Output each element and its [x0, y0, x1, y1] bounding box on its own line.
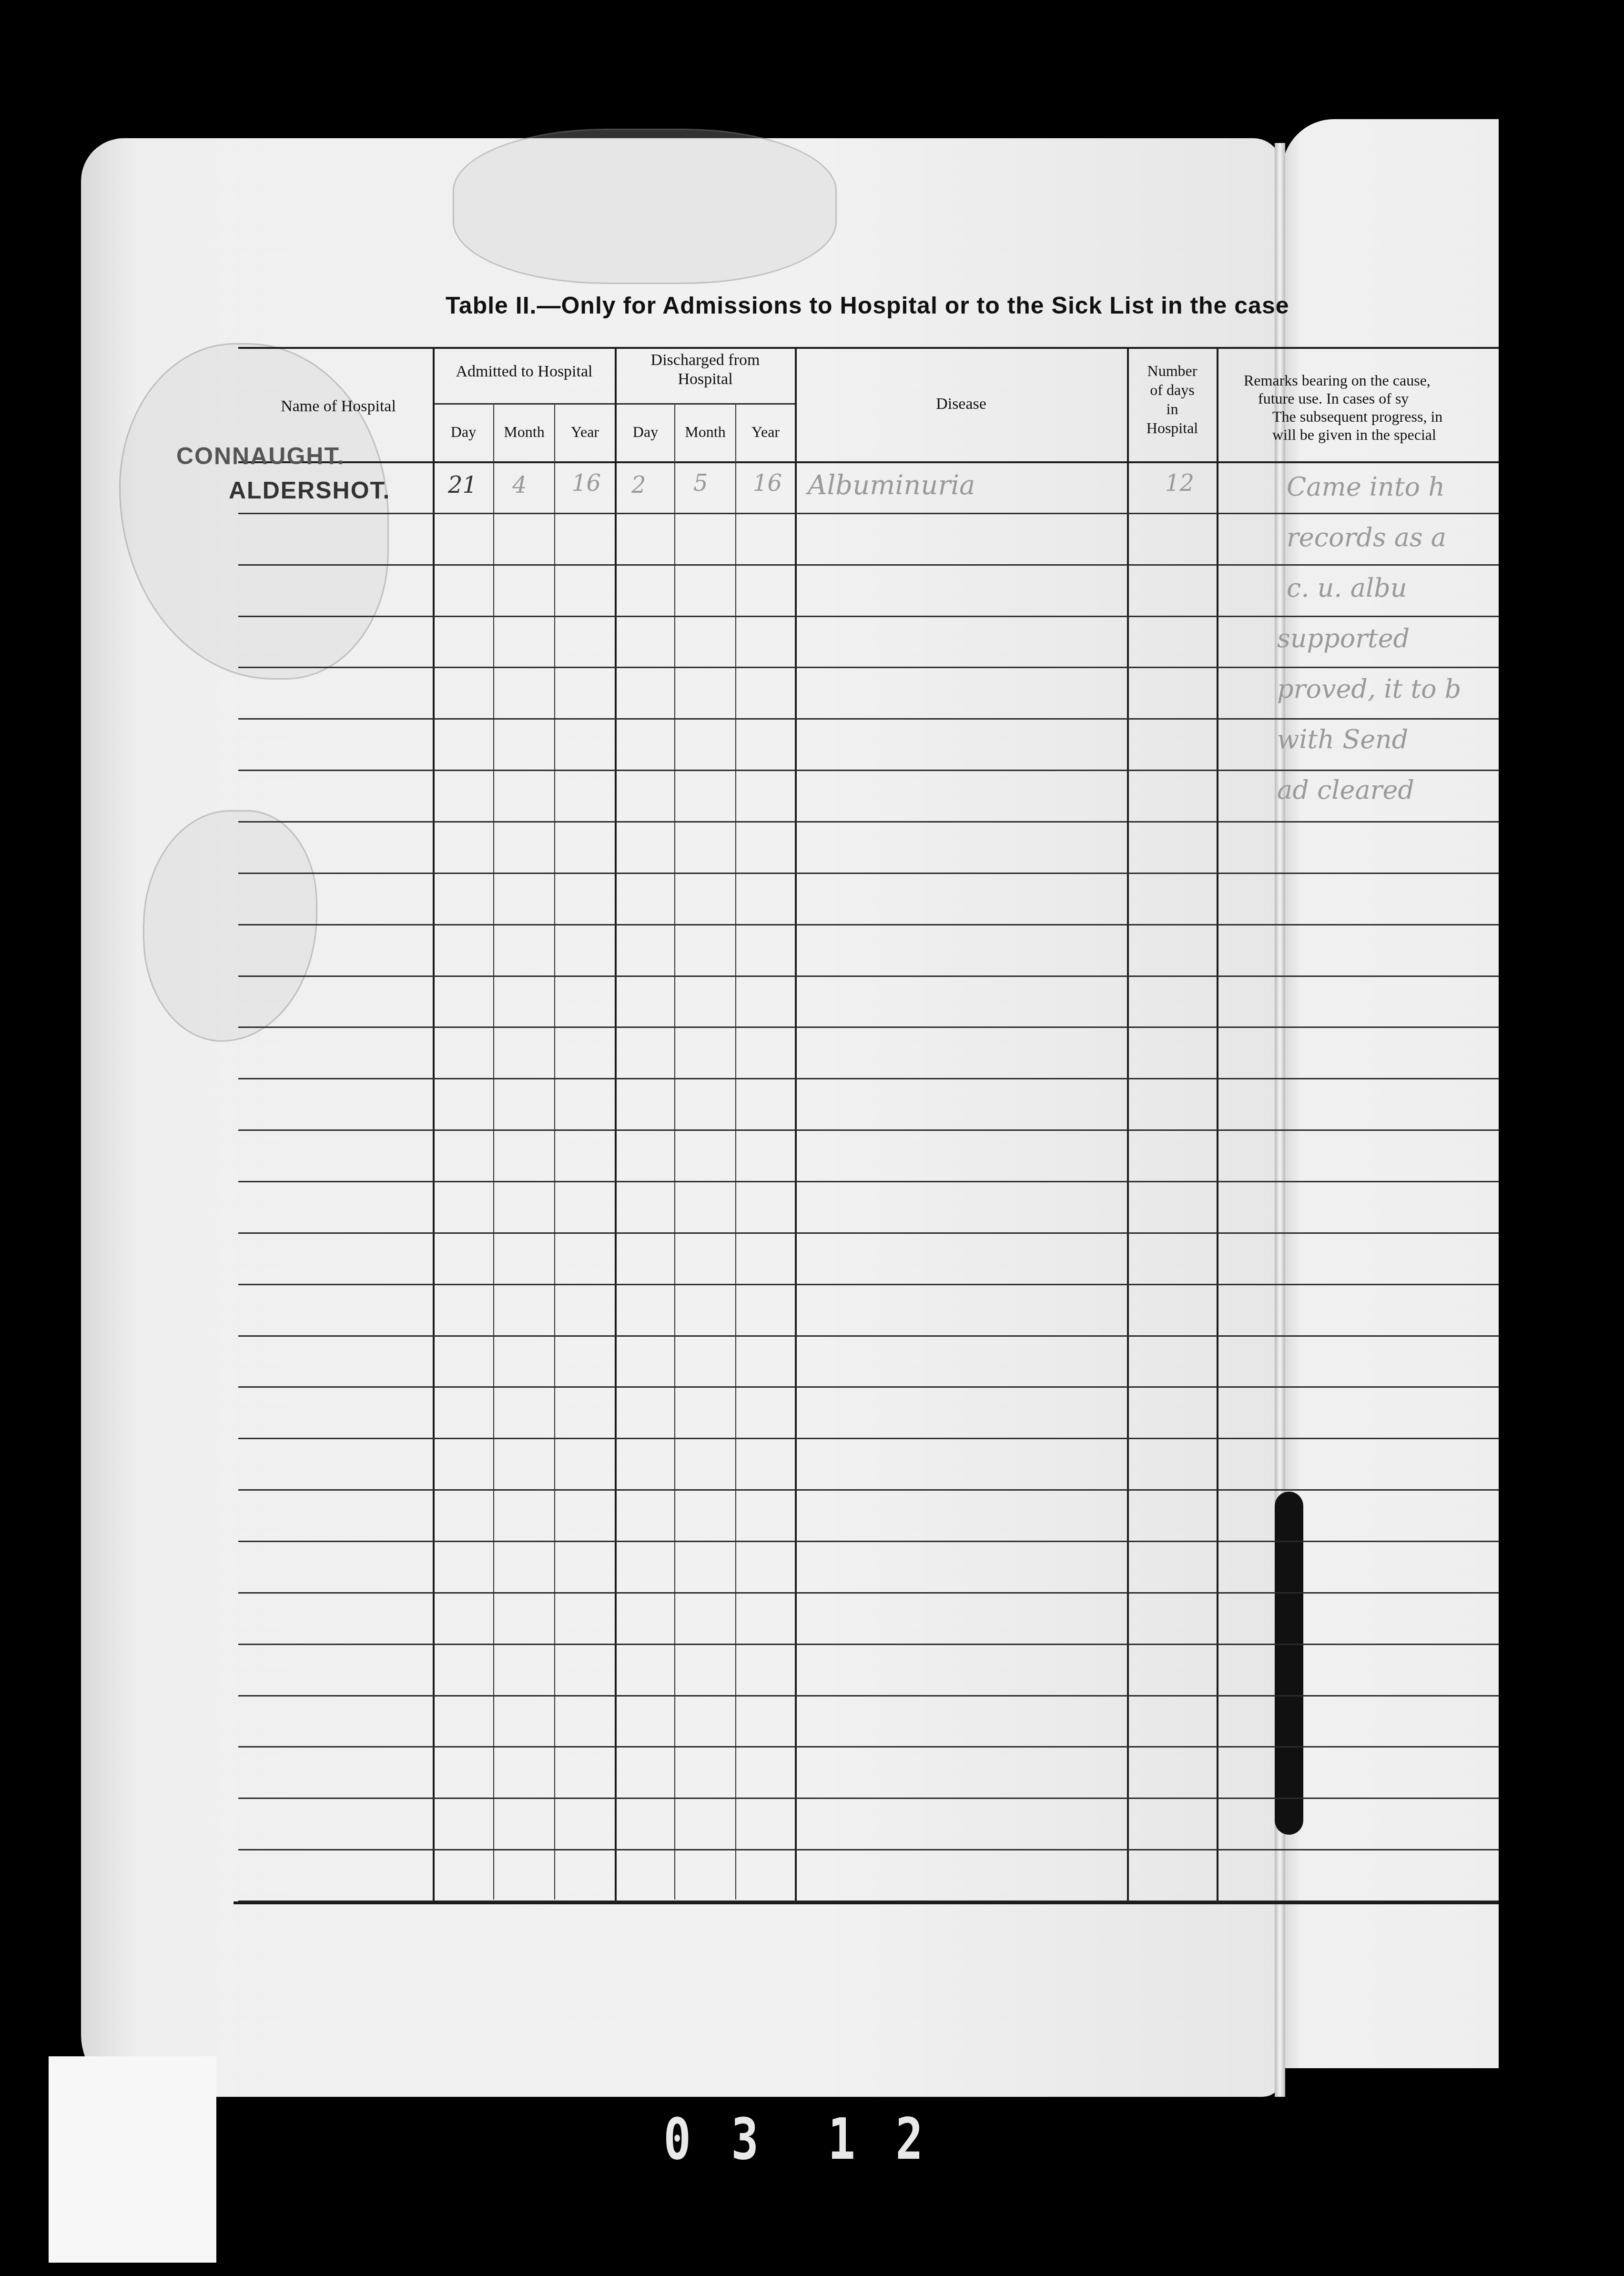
admissions-table: Name of Hospital Admitted to Hospital Di… — [238, 347, 1499, 1905]
table-row-rule — [238, 1489, 1499, 1491]
remarks-line: with Send — [1277, 724, 1408, 754]
col-divider — [1217, 347, 1218, 1900]
table-row-rule — [238, 1026, 1499, 1028]
header-discharged-1: Discharged from — [617, 351, 794, 370]
col-divider — [554, 403, 555, 1900]
col-divider — [1127, 347, 1129, 1900]
header-admitted: Admitted to Hospital — [435, 362, 614, 381]
admitted-day-value: 21 — [448, 472, 477, 498]
header-discharged-month: Month — [675, 422, 735, 441]
remarks-line: ad cleared — [1277, 775, 1414, 805]
discharged-year-value: 16 — [753, 470, 782, 497]
table-top-rule — [238, 347, 1499, 349]
hospital-stamp-line1: CONNAUGHT. — [176, 442, 345, 470]
header-remarks-2: future use. In cases of sy — [1258, 389, 1515, 408]
table-row-rule — [238, 1695, 1499, 1697]
hospital-stamp-line2: ALDERSHOT. — [229, 477, 390, 504]
col-divider — [735, 403, 736, 1900]
table-row-rule — [238, 975, 1499, 977]
frame-number: 0 3 1 2 — [660, 2109, 926, 2171]
col-divider — [795, 347, 797, 1900]
table-row-rule — [238, 1644, 1499, 1645]
table-row-rule — [238, 1232, 1499, 1234]
frame-digit: 0 — [663, 2109, 691, 2171]
table-row-rule — [238, 924, 1499, 925]
table-bottom-rule — [233, 1901, 1499, 1904]
table-row-rule — [238, 1541, 1499, 1542]
header-disease: Disease — [797, 395, 1126, 414]
col-divider — [433, 347, 435, 1900]
table-row-rule — [238, 1335, 1499, 1337]
col-divider — [674, 403, 675, 1900]
table-row-rule — [238, 1798, 1499, 1799]
days-in-hospital-value: 12 — [1165, 470, 1194, 497]
scan-border-right — [1499, 71, 1624, 2276]
table-row-rule — [238, 1849, 1499, 1850]
table-row-rule — [238, 1438, 1499, 1439]
table-row-rule — [238, 616, 1499, 617]
table-row-rule — [238, 873, 1499, 874]
header-admitted-day: Day — [434, 422, 493, 441]
frame-digit: 2 — [895, 2109, 923, 2171]
admitted-month-value: 4 — [512, 472, 527, 498]
table-row-rule — [238, 770, 1499, 771]
admitted-year-value: 16 — [572, 470, 601, 497]
header-remarks-4: will be given in the special — [1272, 425, 1520, 444]
table-row-rule — [238, 1129, 1499, 1131]
header-bottom-rule — [238, 461, 1499, 463]
discharged-day-value: 2 — [631, 472, 646, 498]
table-row-rule — [238, 564, 1499, 566]
header-discharged-day: Day — [617, 422, 674, 441]
header-days-3: in — [1129, 399, 1215, 418]
water-stain — [453, 129, 837, 284]
table-row-rule — [238, 513, 1499, 514]
frame-digit: 1 — [828, 2109, 855, 2171]
header-name-of-hospital: Name of Hospital — [248, 397, 429, 416]
header-days-1: Number — [1129, 361, 1215, 380]
disease-value: Albuminuria — [808, 470, 975, 501]
header-discharged-2: Hospital — [617, 370, 794, 389]
scan-target-card — [49, 2056, 216, 2263]
col-divider — [493, 403, 494, 1900]
header-days-2: of days — [1129, 380, 1215, 399]
table-row-rule — [238, 1181, 1499, 1182]
header-discharged-year: Year — [736, 422, 795, 441]
table-row-rule — [238, 1284, 1499, 1285]
remarks-line: Came into h — [1287, 472, 1445, 502]
frame-digit: 3 — [731, 2109, 759, 2171]
table-row-rule — [238, 718, 1499, 720]
remarks-line: c. u. albu — [1287, 573, 1407, 603]
col-divider — [615, 347, 617, 1900]
table-row-rule — [238, 1386, 1499, 1388]
header-days-4: Hospital — [1129, 418, 1215, 437]
remarks-line: proved, it to b — [1277, 674, 1461, 704]
header-remarks-1: Remarks bearing on the cause, — [1244, 371, 1511, 390]
table-row-rule — [238, 1078, 1499, 1079]
header-admitted-month: Month — [494, 422, 554, 441]
discharged-month-value: 5 — [693, 470, 708, 497]
table-row-rule — [238, 667, 1499, 668]
table-row-rule — [238, 821, 1499, 823]
table-row-rule — [238, 1592, 1499, 1594]
header-admitted-year: Year — [555, 422, 615, 441]
remarks-line: supported — [1277, 623, 1410, 653]
header-remarks-3: The subsequent progress, in — [1272, 407, 1520, 426]
table-row-rule — [238, 1746, 1499, 1748]
remarks-line: records as a — [1287, 522, 1446, 552]
table-title: Table II.—Only for Admissions to Hospita… — [446, 292, 1289, 319]
